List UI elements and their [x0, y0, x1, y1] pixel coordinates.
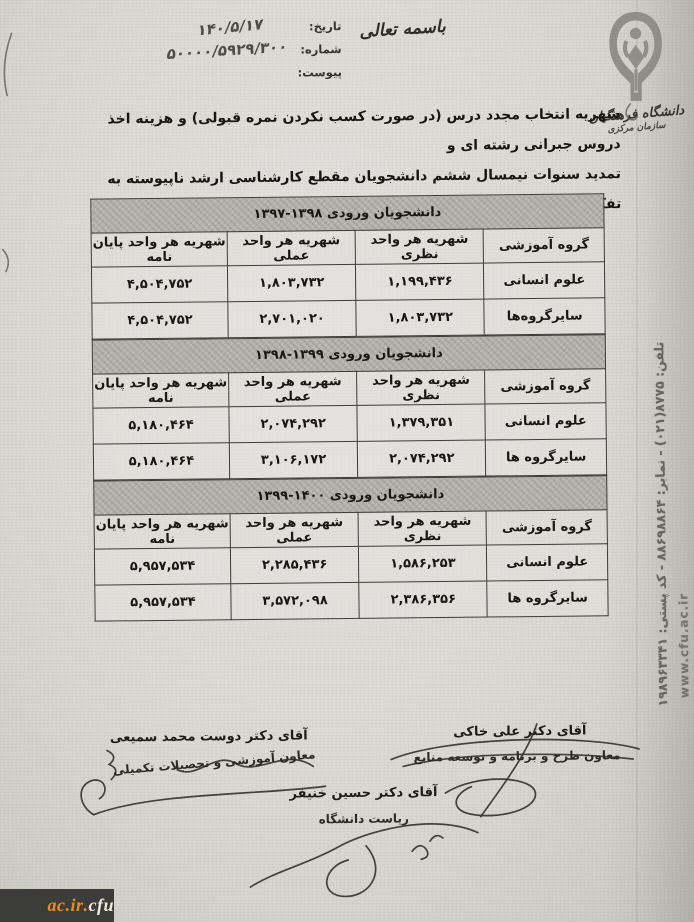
- cell-theory: ۱,۳۷۹,۳۵۱: [357, 404, 486, 441]
- body-line-1: شهریه انتخاب مجدد درس (در صورت کسب نکردن…: [64, 99, 621, 165]
- cell-group: علوم انسانی: [485, 403, 606, 440]
- col-header-group: گروه آموزشی: [485, 369, 606, 404]
- university-logo-emblem: [605, 9, 666, 106]
- cell-group: سایرگروه ها: [486, 439, 607, 476]
- table-row: علوم انسانی ۱,۱۹۹,۴۳۶ ۱,۸۰۳,۷۳۲ ۴,۵۰۴,۷۵…: [91, 262, 604, 303]
- fee-table-1399-1400: دانشجویان ورودی ۱۴۰۰-۱۳۹۹ گروه آموزشی شه…: [93, 475, 608, 621]
- cell-practical: ۲,۰۷۴,۲۹۲: [229, 405, 358, 442]
- sidebar-website: www.cfu.ac.ir: [676, 555, 692, 735]
- col-header-thesis: شهریه هر واحد پایان نامه: [93, 373, 229, 408]
- col-header-group: گروه آموزشی: [486, 510, 607, 545]
- cell-thesis: ۵,۹۵۷,۵۳۴: [94, 548, 230, 585]
- handwritten-mark: [616, 101, 638, 125]
- number-row: شماره: ۵۰۰۰۰/۵۹۲۹/۳۰۰: [62, 37, 342, 63]
- cell-theory: ۱,۱۹۹,۴۳۶: [356, 263, 485, 300]
- cell-practical: ۱,۸۰۳,۷۳۲: [227, 264, 356, 301]
- sidebar-contact-info: تلفن: ۸۷۷۵(۰۲۱) - نمابر: ۸۸۶۹۸۸۶۴ - کد پ…: [651, 312, 670, 736]
- cell-thesis: ۵,۱۸۰,۴۶۴: [93, 443, 229, 480]
- attachment-label: پیوست:: [290, 65, 342, 80]
- col-header-practical: شهریه هر واحد عملی: [227, 230, 356, 265]
- fee-tables: دانشجویان ورودی ۱۳۹۸-۱۳۹۷ گروه آموزشی شه…: [90, 193, 608, 621]
- cell-theory: ۱,۵۸۶,۲۵۳: [359, 545, 488, 582]
- cell-thesis: ۴,۵۰۴,۷۵۲: [91, 266, 227, 303]
- col-header-thesis: شهریه هر واحد پایان نامه: [94, 514, 230, 549]
- col-header-group: گروه آموزشی: [484, 228, 605, 263]
- cell-theory: ۱,۸۰۳,۷۳۲: [356, 299, 485, 336]
- table-row: سایرگروه‌ها ۱,۸۰۳,۷۳۲ ۲,۷۰۱,۰۲۰ ۴,۵۰۴,۷۵…: [92, 298, 605, 339]
- cell-practical: ۲,۲۸۵,۴۳۶: [230, 546, 359, 583]
- signature-name-center: آقای دکتر حسین خنیفر: [257, 785, 469, 802]
- col-header-theory: شهریه هر واحد نظری: [355, 229, 484, 264]
- cell-theory: ۲,۰۷۴,۲۹۲: [357, 440, 486, 477]
- date-handwritten-value: ۱۴۰/۵/۱۷: [197, 14, 265, 39]
- table-title: دانشجویان ورودی ۱۳۹۹-۱۳۹۸: [92, 335, 605, 374]
- table-row: علوم انسانی ۱,۳۷۹,۳۵۱ ۲,۰۷۴,۲۹۲ ۵,۱۸۰,۴۶…: [93, 403, 606, 444]
- date-row: تاریخ: ۱۴۰/۵/۱۷: [61, 14, 341, 40]
- cell-group: سایرگروه ها: [487, 580, 608, 617]
- table-row: سایرگروه ها ۲,۳۸۶,۳۵۶ ۳,۵۷۲,۰۹۸ ۵,۹۵۷,۵۳…: [95, 580, 608, 621]
- col-header-theory: شهریه هر واحد نظری: [357, 370, 486, 405]
- edge-pen-marks: [0, 27, 24, 287]
- cell-practical: ۳,۱۰۶,۱۷۲: [229, 441, 358, 478]
- fee-table-1397-1398: دانشجویان ورودی ۱۳۹۸-۱۳۹۷ گروه آموزشی شه…: [90, 193, 605, 339]
- cfu-watermark-badge: cfu.ac.ir: [0, 889, 114, 922]
- scanned-letter-page: تاریخ: ۱۴۰/۵/۱۷ شماره: ۵۰۰۰۰/۵۹۲۹/۳۰۰ پی…: [0, 0, 694, 922]
- cell-thesis: ۴,۵۰۴,۷۵۲: [92, 302, 228, 339]
- watermark-prefix: cfu: [89, 895, 115, 916]
- table-row: علوم انسانی ۱,۵۸۶,۲۵۳ ۲,۲۸۵,۴۳۶ ۵,۹۵۷,۵۳…: [94, 544, 607, 585]
- watermark-suffix: .ac.ir: [48, 895, 89, 916]
- cell-group: علوم انسانی: [484, 262, 605, 299]
- col-header-practical: شهریه هر واحد عملی: [229, 371, 358, 406]
- signature-scribble-center: [216, 804, 499, 909]
- cell-thesis: ۵,۹۵۷,۵۳۴: [95, 584, 231, 621]
- cell-theory: ۲,۳۸۶,۳۵۶: [359, 581, 488, 618]
- attachment-row: پیوست:: [62, 60, 342, 86]
- col-header-practical: شهریه هر واحد عملی: [230, 512, 359, 547]
- scan-content: تاریخ: ۱۴۰/۵/۱۷ شماره: ۵۰۰۰۰/۵۹۲۹/۳۰۰ پی…: [0, 0, 694, 922]
- col-header-thesis: شهریه هر واحد پایان نامه: [91, 232, 227, 267]
- letterhead-meta: تاریخ: ۱۴۰/۵/۱۷ شماره: ۵۰۰۰۰/۵۹۲۹/۳۰۰ پی…: [61, 14, 342, 86]
- fee-table-1398-1399: دانشجویان ورودی ۱۳۹۹-۱۳۹۸ گروه آموزشی شه…: [92, 334, 607, 480]
- cell-thesis: ۵,۱۸۰,۴۶۴: [93, 407, 229, 444]
- table-title: دانشجویان ورودی ۱۴۰۰-۱۳۹۹: [94, 476, 607, 515]
- besmele-heading: باسمه تعالی: [327, 15, 478, 44]
- cell-practical: ۳,۵۷۲,۰۹۸: [231, 582, 360, 619]
- cell-practical: ۲,۷۰۱,۰۲۰: [228, 300, 357, 337]
- table-title: دانشجویان ورودی ۱۳۹۸-۱۳۹۷: [91, 194, 604, 233]
- number-handwritten-value: ۵۰۰۰۰/۵۹۲۹/۳۰۰: [166, 37, 289, 63]
- cell-group: سایرگروه‌ها: [484, 298, 605, 335]
- table-row: سایرگروه ها ۲,۰۷۴,۲۹۲ ۳,۱۰۶,۱۷۲ ۵,۱۸۰,۴۶…: [93, 439, 606, 480]
- col-header-theory: شهریه هر واحد نظری: [358, 511, 487, 546]
- cell-group: علوم انسانی: [487, 544, 608, 581]
